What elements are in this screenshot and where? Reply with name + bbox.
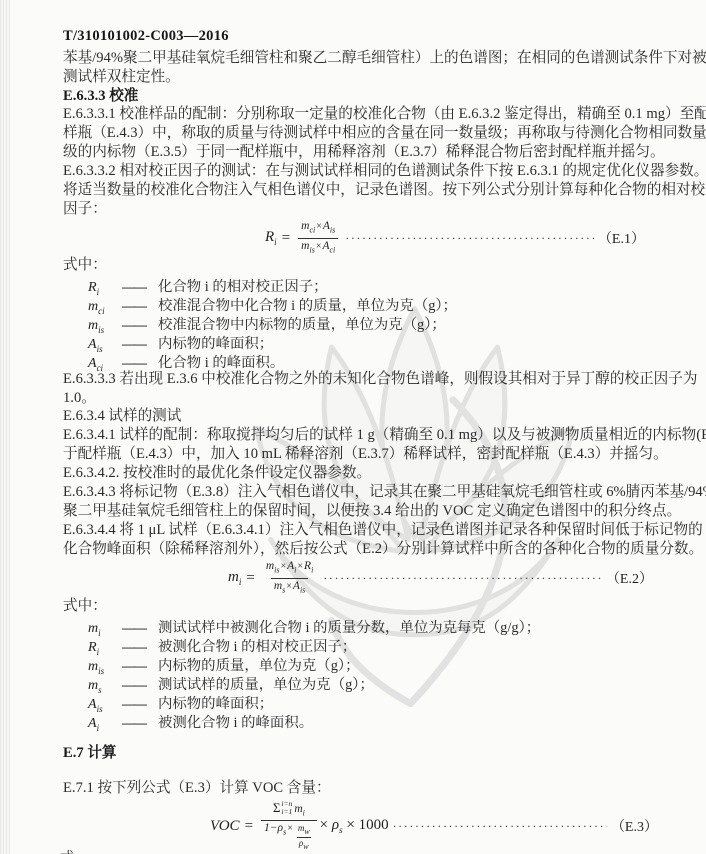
equals-sign: =: [282, 230, 290, 247]
clipped-next-line-text: 式: [60, 847, 74, 854]
paragraph-line: 聚二甲基硅氧烷毛细管柱上的保留时间，以便按 3.4 给出的 VOC 定义确定色谱…: [63, 502, 681, 520]
paragraph-line: 将适当数量的校准化合物注入气相色谱仪中，记录色谱图。按下列公式分别计算每种化合物…: [63, 181, 706, 199]
equals-sign: =: [246, 570, 254, 587]
fraction: Σi=ni=1mi 1−ρs×mwρw: [261, 800, 317, 852]
paragraph-line: 1.0。: [63, 389, 96, 407]
definition-text: 被测化合物 i 的相对校正因子；: [158, 635, 356, 656]
definition-dash: ——: [122, 715, 146, 731]
paragraph-line: E.6.3.3.2 相对校正因子的测试：在与测试试样相同的色谱测试条件下按 E.…: [63, 162, 706, 180]
definition-dash: ——: [122, 620, 146, 636]
definition-text: 内标物的质量，单位为克（g）；: [158, 654, 359, 675]
definition-dash: ——: [122, 639, 146, 655]
definition-text: 被测化合物 i 的峰面积。: [158, 711, 313, 732]
dotted-leader: ········································…: [345, 231, 594, 246]
where-label: 式中：: [63, 256, 107, 274]
dotted-leader: ········································…: [393, 819, 607, 834]
paragraph-line: E.7.1 按下列公式（E.3）计算 VOC 含量：: [63, 779, 331, 797]
paragraph-line: 级的内标物（E.3.5）于同一配样瓶中，用稀释溶剂（E.3.7）稀释混合物后密封…: [63, 143, 665, 161]
where-label: 式中：: [63, 597, 107, 615]
definition-dash: ——: [122, 696, 146, 712]
section-heading-e634: E.6.3.4 试样的测试: [63, 407, 181, 425]
fraction-denominator: 1−ρs×mwρw: [261, 820, 317, 852]
fraction: mis×Ai×Ri ms×Ais: [263, 559, 316, 597]
scanned-document-page: T/310101002-C003—2016 苯基/94%聚二甲基硅氧烷毛细管柱和…: [0, 0, 706, 854]
fraction-denominator: mis×Aci: [298, 238, 338, 257]
definition-dash: ——: [122, 336, 146, 352]
paragraph-line: 样瓶（E.4.3）中，称取的质量与待测试样中相应的含量在同一数量级；再称取与待测…: [63, 124, 706, 142]
nested-fraction: mwρw: [296, 823, 312, 852]
paragraph-line: E.6.3.4.1 试样的配制：称取搅拌均匀后的试样 1 g（精确至 0.1 m…: [63, 426, 706, 444]
definition-text: 化合物 i 的峰面积。: [158, 351, 284, 372]
fraction: mci×Ais mis×Aci: [298, 219, 338, 257]
paragraph-line: 测试样双柱定性。: [63, 68, 180, 86]
definition-text: 测试试样的质量，单位为克（g）；: [158, 673, 374, 694]
paragraph-line: E.6.3.4.3 将标记物（E.3.8）注入气相色谱仪中，记录其在聚二甲基硅氧…: [63, 483, 706, 501]
scan-edge-artifact: [0, 0, 10, 854]
paragraph-line: 于配样瓶（E.4.3）中，加入 10 mL 稀释溶剂（E.3.7）稀释试样，密封…: [63, 445, 668, 463]
formula-lhs: Ri: [265, 229, 277, 247]
formula-lhs: mi: [228, 569, 241, 587]
paragraph-line: E.6.3.4.2. 按校准时的最优化条件设定仪器参数。: [63, 464, 371, 482]
fraction-numerator: Σi=ni=1mi: [270, 800, 308, 820]
formula-tail: × ρs × 1000: [320, 817, 389, 835]
definition-dash: ——: [122, 355, 146, 371]
paragraph-line: E.6.3.4.4 将 1 μL 试样（E.6.3.4.1）注入气相色谱仪中，记…: [63, 521, 703, 539]
definition-text: 内标物的峰面积；: [158, 692, 273, 713]
definition-dash: ——: [122, 298, 146, 314]
fraction-numerator: mis×Ai×Ri: [263, 559, 316, 577]
fraction-denominator: ms×Ais: [271, 578, 308, 597]
paragraph-line: 因子：: [63, 200, 107, 218]
dotted-leader: ········································…: [323, 571, 602, 586]
symbol: Ai: [88, 716, 122, 733]
symbol-definition-row: Ai —— 被测化合物 i 的峰面积。: [88, 711, 313, 733]
definition-dash: ——: [122, 317, 146, 333]
definition-text: 校准混合物中化合物 i 的质量，单位为克（g）；: [158, 294, 457, 315]
document-number: T/310101002-C003—2016: [63, 28, 229, 45]
formula-number: （E.1）: [598, 228, 645, 248]
section-heading-e633: E.6.3.3 校准: [63, 87, 138, 105]
paragraph-line: E.6.3.3.1 校准样品的配制：分别称取一定量的校准化合物（由 E.6.3.…: [63, 105, 706, 123]
definition-text: 化合物 i 的相对校正因子；: [158, 275, 328, 296]
definition-text: 测试试样中被测化合物 i 的质量分数，单位为克每克（g/g）；: [158, 616, 540, 637]
definition-text: 校准混合物中内标物的质量，单位为克（g）；: [158, 313, 446, 334]
definition-dash: ——: [122, 279, 146, 295]
definition-dash: ——: [122, 677, 146, 693]
definition-dash: ——: [122, 658, 146, 674]
formula-e3: VOC = Σi=ni=1mi 1−ρs×mwρw × ρs × 1000 ··…: [210, 804, 658, 848]
formula-lhs: VOC: [210, 818, 240, 835]
formula-number: （E.3）: [611, 816, 658, 836]
formula-e2: mi = mis×Ai×Ri ms×Ais ··················…: [228, 561, 653, 595]
definition-text: 内标物的峰面积；: [158, 332, 273, 353]
paragraph-line: 苯基/94%聚二甲基硅氧烷毛细管柱和聚乙二醇毛细管柱）上的色谱图；在相同的色谱测…: [63, 49, 706, 67]
summation-sigma: Σi=ni=1: [273, 800, 294, 816]
formula-e1: Ri = mci×Ais mis×Aci ···················…: [265, 221, 645, 255]
paragraph-line: E.6.3.3.3 若出现 E.3.6 中校准化合物之外的未知化合物色谱峰，则假…: [63, 370, 697, 388]
formula-number: （E.2）: [606, 568, 653, 588]
paragraph-line: 化合物峰面积（除稀释溶剂外），然后按公式（E.2）分别计算试样中所含的各种化合物…: [63, 540, 703, 558]
section-heading-e7: E.7 计算: [63, 744, 117, 762]
equals-sign: =: [245, 818, 253, 835]
fraction-numerator: mci×Ais: [298, 219, 338, 237]
